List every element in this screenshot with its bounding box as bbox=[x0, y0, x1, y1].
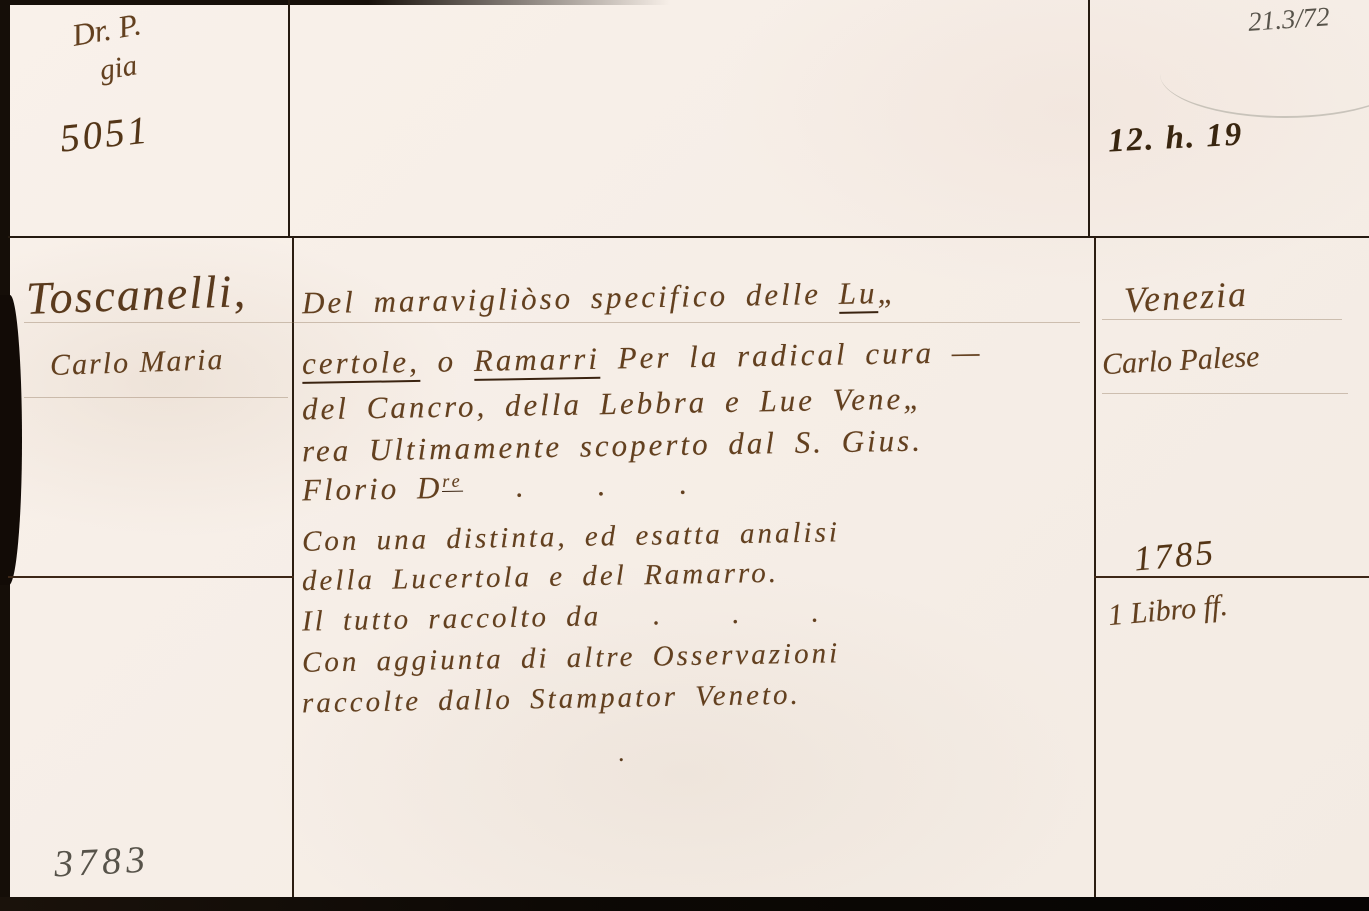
grid-horizontal-divider bbox=[8, 236, 1369, 238]
imprint-year: 1785 bbox=[1132, 533, 1217, 580]
author-surname: Toscanelli, bbox=[25, 264, 248, 325]
scan-edge-top bbox=[0, 0, 670, 5]
shelf-number: 5051 bbox=[58, 107, 152, 161]
grid-vertical-left bbox=[292, 237, 294, 897]
grid-vertical-top-left bbox=[288, 0, 290, 237]
title-line-9: Con aggiunta di altre Osservazioni bbox=[302, 637, 841, 679]
title-line-2: certole, o Ramarri Per la radical cura — bbox=[302, 334, 983, 382]
title-line-6: Con una distinta, ed esatta analisi bbox=[302, 516, 840, 558]
title-line-1-underlined: Lu bbox=[838, 275, 877, 314]
title-line-2-underlined-a: certole, bbox=[302, 344, 420, 384]
baseline-rule bbox=[24, 322, 1080, 323]
annotation-gia: gia bbox=[98, 49, 140, 87]
scan-edge-bottom bbox=[0, 897, 1369, 911]
catalog-card-scan: Dr. P. gia 5051 21.3/72 12. h. 19 Toscan… bbox=[0, 0, 1369, 911]
title-line-7: della Lucertola e del Ramarro. bbox=[302, 557, 779, 598]
title-line-5-dots: . . . bbox=[462, 466, 690, 505]
title-line-8: Il tutto raccolto da . . . bbox=[302, 596, 822, 638]
title-line-1-text: Del maravigliòso specifico delle bbox=[302, 276, 839, 320]
title-line-3: del Cancro, della Lebbra e Lue Vene„ bbox=[302, 381, 924, 428]
baseline-rule bbox=[1102, 393, 1348, 394]
title-line-10: raccolte dallo Stampator Veneto. bbox=[302, 679, 801, 721]
grid-vertical-top-right bbox=[1088, 0, 1090, 237]
title-line-2-mid: o bbox=[420, 343, 475, 379]
pencil-arc-mark bbox=[1160, 72, 1369, 118]
annotation-dr-p: Dr. P. bbox=[69, 6, 143, 53]
title-line-2-underlined-b: Ramarri bbox=[474, 341, 601, 381]
title-line-4: rea Ultimamente scoperto dal S. Gius. bbox=[302, 423, 924, 470]
imprint-publisher: Carlo Palese bbox=[1101, 340, 1260, 382]
stray-ink-dot: . bbox=[618, 738, 625, 768]
title-line-5-text: Florio D bbox=[302, 470, 443, 507]
title-line-1: Del maravigliòso specifico delle Lu„ bbox=[302, 275, 898, 321]
title-line-5: Florio Dre . . . bbox=[302, 466, 691, 509]
title-line-2-rest: Per la radical cura — bbox=[600, 334, 983, 376]
author-given-names: Carlo Maria bbox=[49, 343, 225, 383]
title-line-1-hyphen: „ bbox=[877, 275, 898, 310]
pencil-code: 21.3/72 bbox=[1247, 1, 1331, 38]
baseline-rule bbox=[24, 397, 288, 398]
imprint-place: Venezia bbox=[1123, 273, 1249, 321]
grid-horizontal-left-column bbox=[8, 576, 294, 578]
grid-vertical-right bbox=[1094, 237, 1096, 897]
pencil-accession-number: 3783 bbox=[53, 838, 151, 887]
call-number: 12. h. 19 bbox=[1107, 116, 1244, 160]
title-line-5-superscript: re bbox=[442, 470, 463, 491]
imprint-format: 1 Libro ff. bbox=[1107, 589, 1229, 633]
scan-edge-left-blob bbox=[0, 295, 22, 585]
